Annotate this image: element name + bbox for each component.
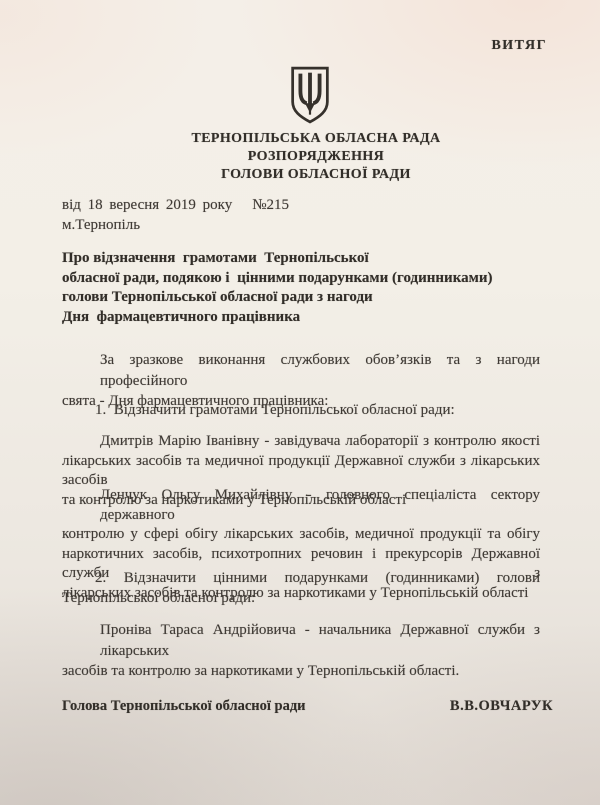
doc-type: РОЗПОРЯДЖЕННЯ bbox=[16, 148, 600, 166]
awardee-proniv-paragraph: Проніва Тараса Андрійовича - начальника … bbox=[62, 620, 540, 682]
award-line: лікарських засобів та медичної продукції… bbox=[62, 452, 540, 491]
item-2: 2. Відзначити цінними подарунками (годин… bbox=[62, 568, 540, 608]
signature-title: Голова Тернопільської обласної ради bbox=[62, 698, 306, 715]
item-1-text: 1. Відзначити грамотами Тернопільської о… bbox=[62, 401, 540, 421]
document-heading: ТЕРНОПІЛЬСЬКА ОБЛАСНА РАДА РОЗПОРЯДЖЕННЯ… bbox=[16, 130, 600, 184]
award-line: Проніва Тараса Андрійовича - начальника … bbox=[62, 620, 540, 661]
item-2-line: Тернопільської обласної ради: bbox=[62, 588, 540, 608]
doc-author: ГОЛОВИ ОБЛАСНОЇ РАДИ bbox=[16, 166, 600, 184]
award-line: засобів та контролю за наркотиками у Тер… bbox=[62, 661, 540, 682]
date-number-line: від 18 вересня 2019 року№215 bbox=[62, 196, 289, 216]
doc-number: №215 bbox=[252, 197, 289, 213]
document-photo: ВИТЯГ ТЕРНОПІЛЬСЬКА ОБЛАСНА РАДА РОЗПОРЯ… bbox=[0, 0, 600, 805]
signature-name: В.В.ОВЧАРУК bbox=[450, 698, 553, 715]
subject-line: Дня фармацевтичного працівника bbox=[62, 308, 492, 328]
subject-line: обласної ради, подякою і цінними подарун… bbox=[62, 269, 492, 289]
award-line: контролю у сфері обігу лікарських засобі… bbox=[62, 525, 540, 545]
org-name: ТЕРНОПІЛЬСЬКА ОБЛАСНА РАДА bbox=[16, 130, 600, 148]
city-text: м.Тернопіль bbox=[62, 216, 289, 236]
intro-line: За зразкове виконання службових обов’язк… bbox=[62, 350, 540, 391]
date-text: від 18 вересня 2019 року bbox=[62, 197, 232, 213]
meta-block: від 18 вересня 2019 року№215 м.Тернопіль bbox=[62, 196, 289, 235]
subject-block: Про відзначення грамотами Тернопільської… bbox=[62, 249, 492, 327]
item-2-line: 2. Відзначити цінними подарунками (годин… bbox=[62, 568, 540, 588]
extract-label: ВИТЯГ bbox=[491, 38, 547, 54]
ukraine-trident-shield-icon bbox=[289, 65, 331, 126]
subject-line: Про відзначення грамотами Тернопільської bbox=[62, 249, 492, 269]
signature-row: Голова Тернопільської обласної ради В.В.… bbox=[62, 698, 553, 715]
subject-line: голови Тернопільської обласної ради з на… bbox=[62, 288, 492, 308]
award-line: Ленчук Ольгу Михайлівну - головного спец… bbox=[62, 486, 540, 525]
award-line: Дмитрів Марію Іванівну - завідувача лабо… bbox=[62, 432, 540, 452]
item-1: 1. Відзначити грамотами Тернопільської о… bbox=[62, 401, 540, 421]
